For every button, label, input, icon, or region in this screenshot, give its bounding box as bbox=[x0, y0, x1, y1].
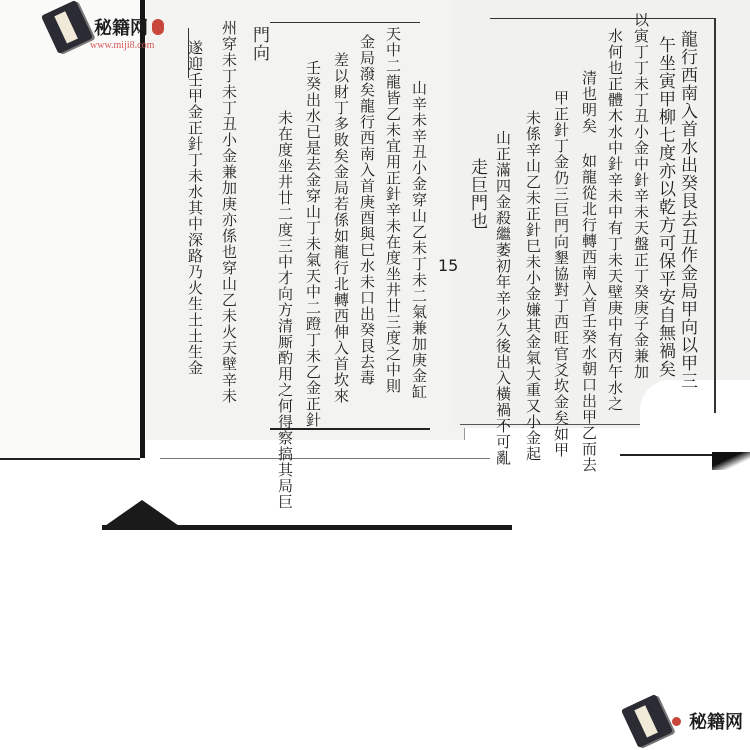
text-column: 走巨門也 bbox=[466, 158, 488, 230]
text-column: 山辛未辛丑小金穿山乙未丁未二氣兼加庚金缸 bbox=[408, 80, 430, 400]
page-corner-shadow bbox=[712, 452, 750, 470]
book-icon bbox=[621, 694, 673, 748]
text-column: 遂迎壬甲金正針丁未水其中深路乃火生土土生金 bbox=[184, 40, 206, 376]
watermark-site-name: 秘籍网 bbox=[689, 708, 743, 734]
right-bottom-edge bbox=[620, 454, 720, 456]
text-column: 水何也正體木水中針辛未中有丁未天壁庚中有丙午水之 bbox=[604, 28, 626, 412]
center-bottom-rule bbox=[160, 458, 490, 459]
text-column: 以寅丁丁未丁丑小金中針辛未天盤正丁癸庚子金兼加 bbox=[630, 12, 652, 380]
text-column: 清也明矣 如龍從北行轉西南入首壬癸水朝口出甲乙而去 bbox=[578, 70, 600, 473]
text-column: 甲正針丁金仍三巨門向墾協對丁西旺官爻坎金矣如甲 bbox=[550, 90, 572, 458]
red-seal-icon bbox=[152, 19, 164, 35]
text-column: 金局潑矣龍行西南入首庚酉與巳水未口出癸艮去毒 bbox=[356, 34, 378, 386]
far-left-page bbox=[0, 0, 143, 458]
far-left-bottom-rule bbox=[0, 458, 140, 460]
watermark-site-name: 秘籍网 bbox=[94, 14, 148, 40]
red-seal-icon bbox=[672, 717, 681, 726]
page-number: 15 bbox=[438, 256, 458, 275]
watermark-logo-top-left: 秘籍网 www.miji8.com bbox=[48, 6, 164, 48]
text-column: 未在度坐井廿二度三中才向方清厮酌用之何得察搞其局巨 bbox=[274, 110, 296, 510]
text-column: 壬癸出水已是去金穿山丁未氣天中二蹬丁未乙金正針 bbox=[302, 60, 324, 428]
text-column: 龍行西南入首水出癸艮去丑作金局甲向以甲三 bbox=[676, 30, 698, 390]
book-spine-shadow bbox=[140, 0, 145, 458]
left-top-frame-line bbox=[270, 22, 420, 23]
scan-shadow-peak bbox=[102, 500, 182, 528]
text-column: 州穿未丁未丁丑小金兼加庚亦係也穿山乙未火天壁辛未 bbox=[218, 20, 240, 404]
text-column: 午坐寅甲柳七度亦以乾方可保平安自無禍矣 bbox=[654, 36, 676, 378]
watermark-url: www.miji8.com bbox=[90, 40, 154, 51]
book-icon bbox=[41, 0, 93, 54]
right-top-frame-line bbox=[490, 18, 715, 19]
text-column: 天中二龍皆乙未宜用正針辛未在度坐井廿三度之中則 bbox=[382, 26, 404, 394]
text-column: 山正滿四金殺繼萎初年辛少久後出入橫禍不可亂 bbox=[492, 130, 514, 466]
text-column: 未係辛山乙未正針巳未小金嫌其金氣大重又小金起 bbox=[522, 110, 544, 462]
text-column: 差以財丁多敗矣金局若係如龍行北轉西伸入首坎來 bbox=[330, 52, 352, 404]
text-column: 門向 bbox=[248, 26, 270, 62]
right-frame-line bbox=[714, 18, 716, 413]
watermark-logo-bottom-right: 秘籍网 bbox=[628, 700, 743, 742]
